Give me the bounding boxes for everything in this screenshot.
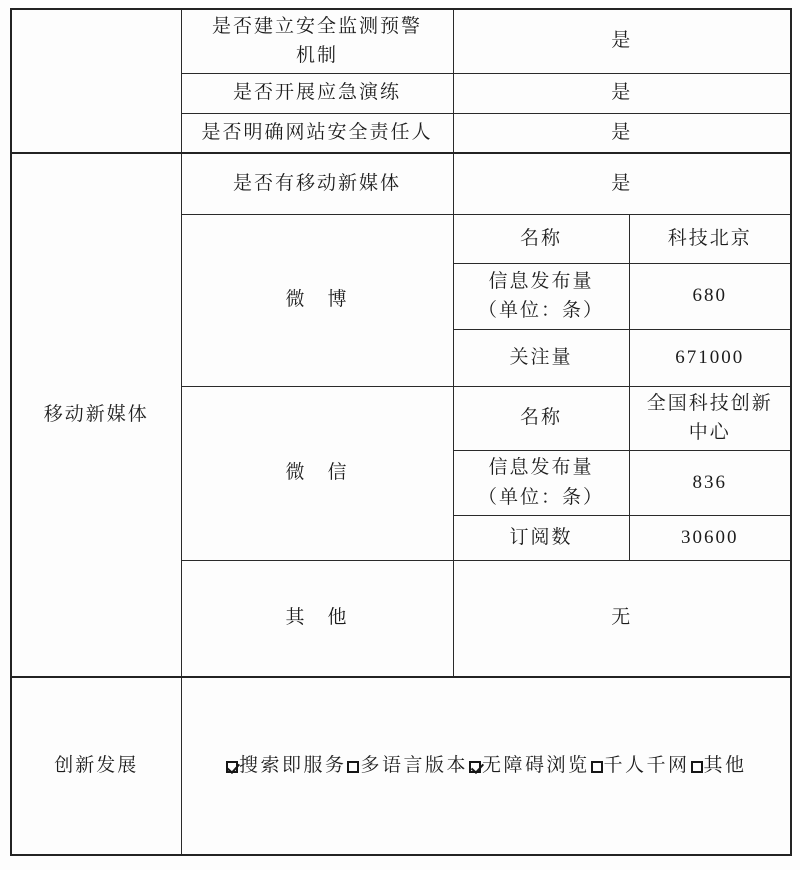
report-page: 是否建立安全监测预警 机制 是 是否开展应急演练 是 是否明确网站安全责任人 是… (0, 0, 800, 870)
field-weibo-posts: 信息发布量 （单位：条） (453, 263, 629, 329)
field-wechat-subscribers: 订阅数 (453, 515, 629, 560)
other-media-value-cell: 无 (453, 560, 791, 677)
other-media-label-cell: 其 他 (181, 560, 453, 677)
checkbox-unchecked-icon (691, 761, 703, 773)
field-wechat-name: 名称 (453, 386, 629, 450)
q-emergency-drill: 是否开展应急演练 (181, 73, 453, 113)
q-security-warning-mechanism: 是否建立安全监测预警 机制 (181, 9, 453, 73)
a-security-warning-mechanism: 是 (453, 9, 791, 73)
weibo-label-cell: 微 博 (181, 214, 453, 386)
value-weibo-posts: 680 (629, 263, 791, 329)
value-wechat-posts: 836 (629, 450, 791, 515)
checkbox-option-label: 千人千网 (604, 755, 690, 776)
section-label-mobile-media: 移动新媒体 (11, 153, 181, 677)
checkbox-unchecked-icon (591, 761, 603, 773)
checkbox-unchecked-icon (347, 761, 359, 773)
checkbox-option-label: 无障碍浏览 (482, 755, 590, 776)
checkbox-option-label: 搜索即服务 (239, 755, 347, 776)
field-weibo-followers: 关注量 (453, 329, 629, 386)
wechat-label-cell: 微 信 (181, 386, 453, 560)
innovation-options: 搜索即服务多语言版本无障碍浏览千人千网其他 (181, 677, 791, 855)
checkbox-option-label: 多语言版本 (360, 755, 468, 776)
a-security-responsible-person: 是 (453, 113, 791, 153)
annual-report-table: 是否建立安全监测预警 机制 是 是否开展应急演练 是 是否明确网站安全责任人 是… (10, 8, 792, 856)
a-has-mobile-media: 是 (453, 153, 791, 214)
q-security-responsible-person: 是否明确网站安全责任人 (181, 113, 453, 153)
a-emergency-drill: 是 (453, 73, 791, 113)
value-wechat-name: 全国科技创新 中心 (629, 386, 791, 450)
checkbox-option-label: 其他 (704, 755, 747, 776)
field-wechat-posts: 信息发布量 （单位：条） (453, 450, 629, 515)
value-weibo-followers: 671000 (629, 329, 791, 386)
field-weibo-name: 名称 (453, 214, 629, 263)
checkbox-checked-icon (469, 761, 481, 773)
empty-section-label-cell (11, 9, 181, 153)
value-wechat-subscribers: 30600 (629, 515, 791, 560)
checkbox-checked-icon (226, 761, 238, 773)
value-weibo-name: 科技北京 (629, 214, 791, 263)
section-label-innovation: 创新发展 (11, 677, 181, 855)
q-has-mobile-media: 是否有移动新媒体 (181, 153, 453, 214)
